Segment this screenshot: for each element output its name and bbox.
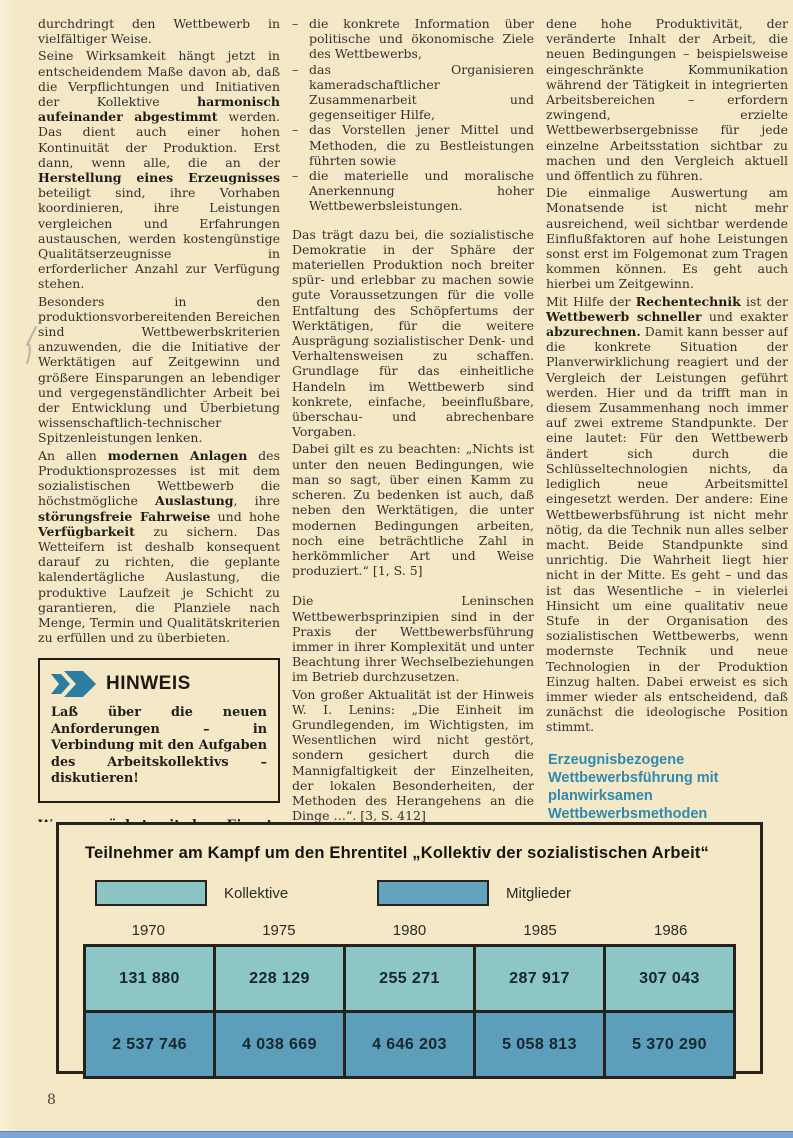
hinweis-title: HINWEIS [106, 673, 191, 695]
table-cell: 5 370 290 [605, 1012, 735, 1078]
article-columns: durchdringt den Wettbewerb in vielfältig… [38, 16, 788, 822]
legend-swatch-kollektive [95, 880, 207, 906]
table-cell: 4 038 669 [215, 1012, 345, 1078]
paragraph: An allen modernen Anlagen des Produktion… [38, 448, 280, 646]
table-row-kollektive: 131 880 228 129 255 271 287 917 307 043 [85, 946, 735, 1012]
legend-label: Mitglieder [506, 885, 571, 902]
legend-swatch-mitglieder [377, 880, 489, 906]
table-cell: 228 129 [215, 946, 345, 1012]
table-cell: 2 537 746 [85, 1012, 215, 1078]
dash-bullet: – [292, 168, 309, 214]
legend-label: Kollektive [224, 885, 288, 902]
paragraph: Dabei gilt es zu beachten: „Nichts ist u… [292, 441, 534, 578]
magazine-page: durchdringt den Wettbewerb in vielfältig… [0, 0, 793, 1138]
list-item-text: das Vorstellen jener Mittel und Methoden… [309, 122, 534, 168]
list-item: – das Vorstellen jener Mittel und Method… [292, 122, 534, 168]
column-right: dene hohe Produktivität, der veränderte … [546, 16, 788, 822]
table-cell: 255 271 [345, 946, 475, 1012]
table-row-mitglieder: 2 537 746 4 038 669 4 646 203 5 058 813 … [85, 1012, 735, 1078]
list-item: – das Organisieren kameradschaftlicher Z… [292, 62, 534, 123]
year-label: 1970 [83, 922, 214, 939]
hinweis-box: HINWEIS Laß über die neuen Anforderungen… [38, 658, 280, 803]
dash-list: – die konkrete Information über politisc… [292, 16, 534, 214]
spacer [292, 580, 534, 593]
statistics-table: 131 880 228 129 255 271 287 917 307 043 … [83, 944, 736, 1079]
section-heading: Erzeugnisbezogene Wettbewerbsführung mit… [548, 751, 788, 822]
list-item-text: die materielle und moralische Anerkennun… [309, 168, 534, 214]
spacer [292, 214, 534, 227]
table-cell: 287 917 [475, 946, 605, 1012]
year-label: 1985 [475, 922, 606, 939]
paragraph: dene hohe Produktivität, der veränderte … [546, 16, 788, 183]
paragraph: Die einmalige Auswertung am Monatsende i… [546, 185, 788, 291]
year-label: 1975 [214, 922, 345, 939]
scan-bottom-edge [0, 1132, 793, 1138]
paragraph: Die Leninschen Wettbewerbsprinzipien sin… [292, 593, 534, 684]
paragraph: Besonders in den produktionsvorbereitend… [38, 294, 280, 446]
paragraph: Von großer Aktualität ist der Hinweis W.… [292, 687, 534, 822]
arrow-right-icon [51, 671, 97, 697]
list-item-text: das Organisieren kameradschaftlicher Zus… [309, 62, 534, 123]
dash-bullet: – [292, 122, 309, 168]
paragraph: Das trägt dazu bei, die sozialistische D… [292, 227, 534, 440]
page-number: 8 [47, 1092, 56, 1108]
dash-bullet: – [292, 62, 309, 123]
table-cell: 5 058 813 [475, 1012, 605, 1078]
hinweis-body: Laß über die neuen Anforderungen – in Ve… [51, 705, 267, 788]
paragraph: Seine Wirksamkeit hängt jetzt in entsche… [38, 48, 280, 291]
column-middle: – die konkrete Information über politisc… [292, 16, 534, 822]
paragraph: durchdringt den Wettbewerb in vielfältig… [38, 16, 280, 46]
year-label: 1980 [344, 922, 475, 939]
statistics-figure: Teilnehmer am Kampf um den Ehrentitel „K… [56, 822, 763, 1074]
list-item-text: die konkrete Information über politische… [309, 16, 534, 62]
table-cell: 4 646 203 [345, 1012, 475, 1078]
dash-bullet: – [292, 16, 309, 62]
figure-title: Teilnehmer am Kampf um den Ehrentitel „K… [85, 844, 736, 863]
paragraph: Mit Hilfe der Rechentechnik ist der Wett… [546, 294, 788, 735]
legend-item-mitglieder: Mitglieder [377, 880, 659, 906]
list-item: – die materielle und moralische Anerkenn… [292, 168, 534, 214]
figure-legend: Kollektive Mitglieder [95, 880, 736, 906]
year-label: 1986 [605, 922, 736, 939]
table-cell: 307 043 [605, 946, 735, 1012]
legend-item-kollektive: Kollektive [95, 880, 377, 906]
column-left: durchdringt den Wettbewerb in vielfältig… [38, 16, 280, 822]
list-item: – die konkrete Information über politisc… [292, 16, 534, 62]
year-header-row: 1970 1975 1980 1985 1986 [83, 922, 736, 939]
hinweis-header: HINWEIS [51, 671, 267, 697]
table-cell: 131 880 [85, 946, 215, 1012]
